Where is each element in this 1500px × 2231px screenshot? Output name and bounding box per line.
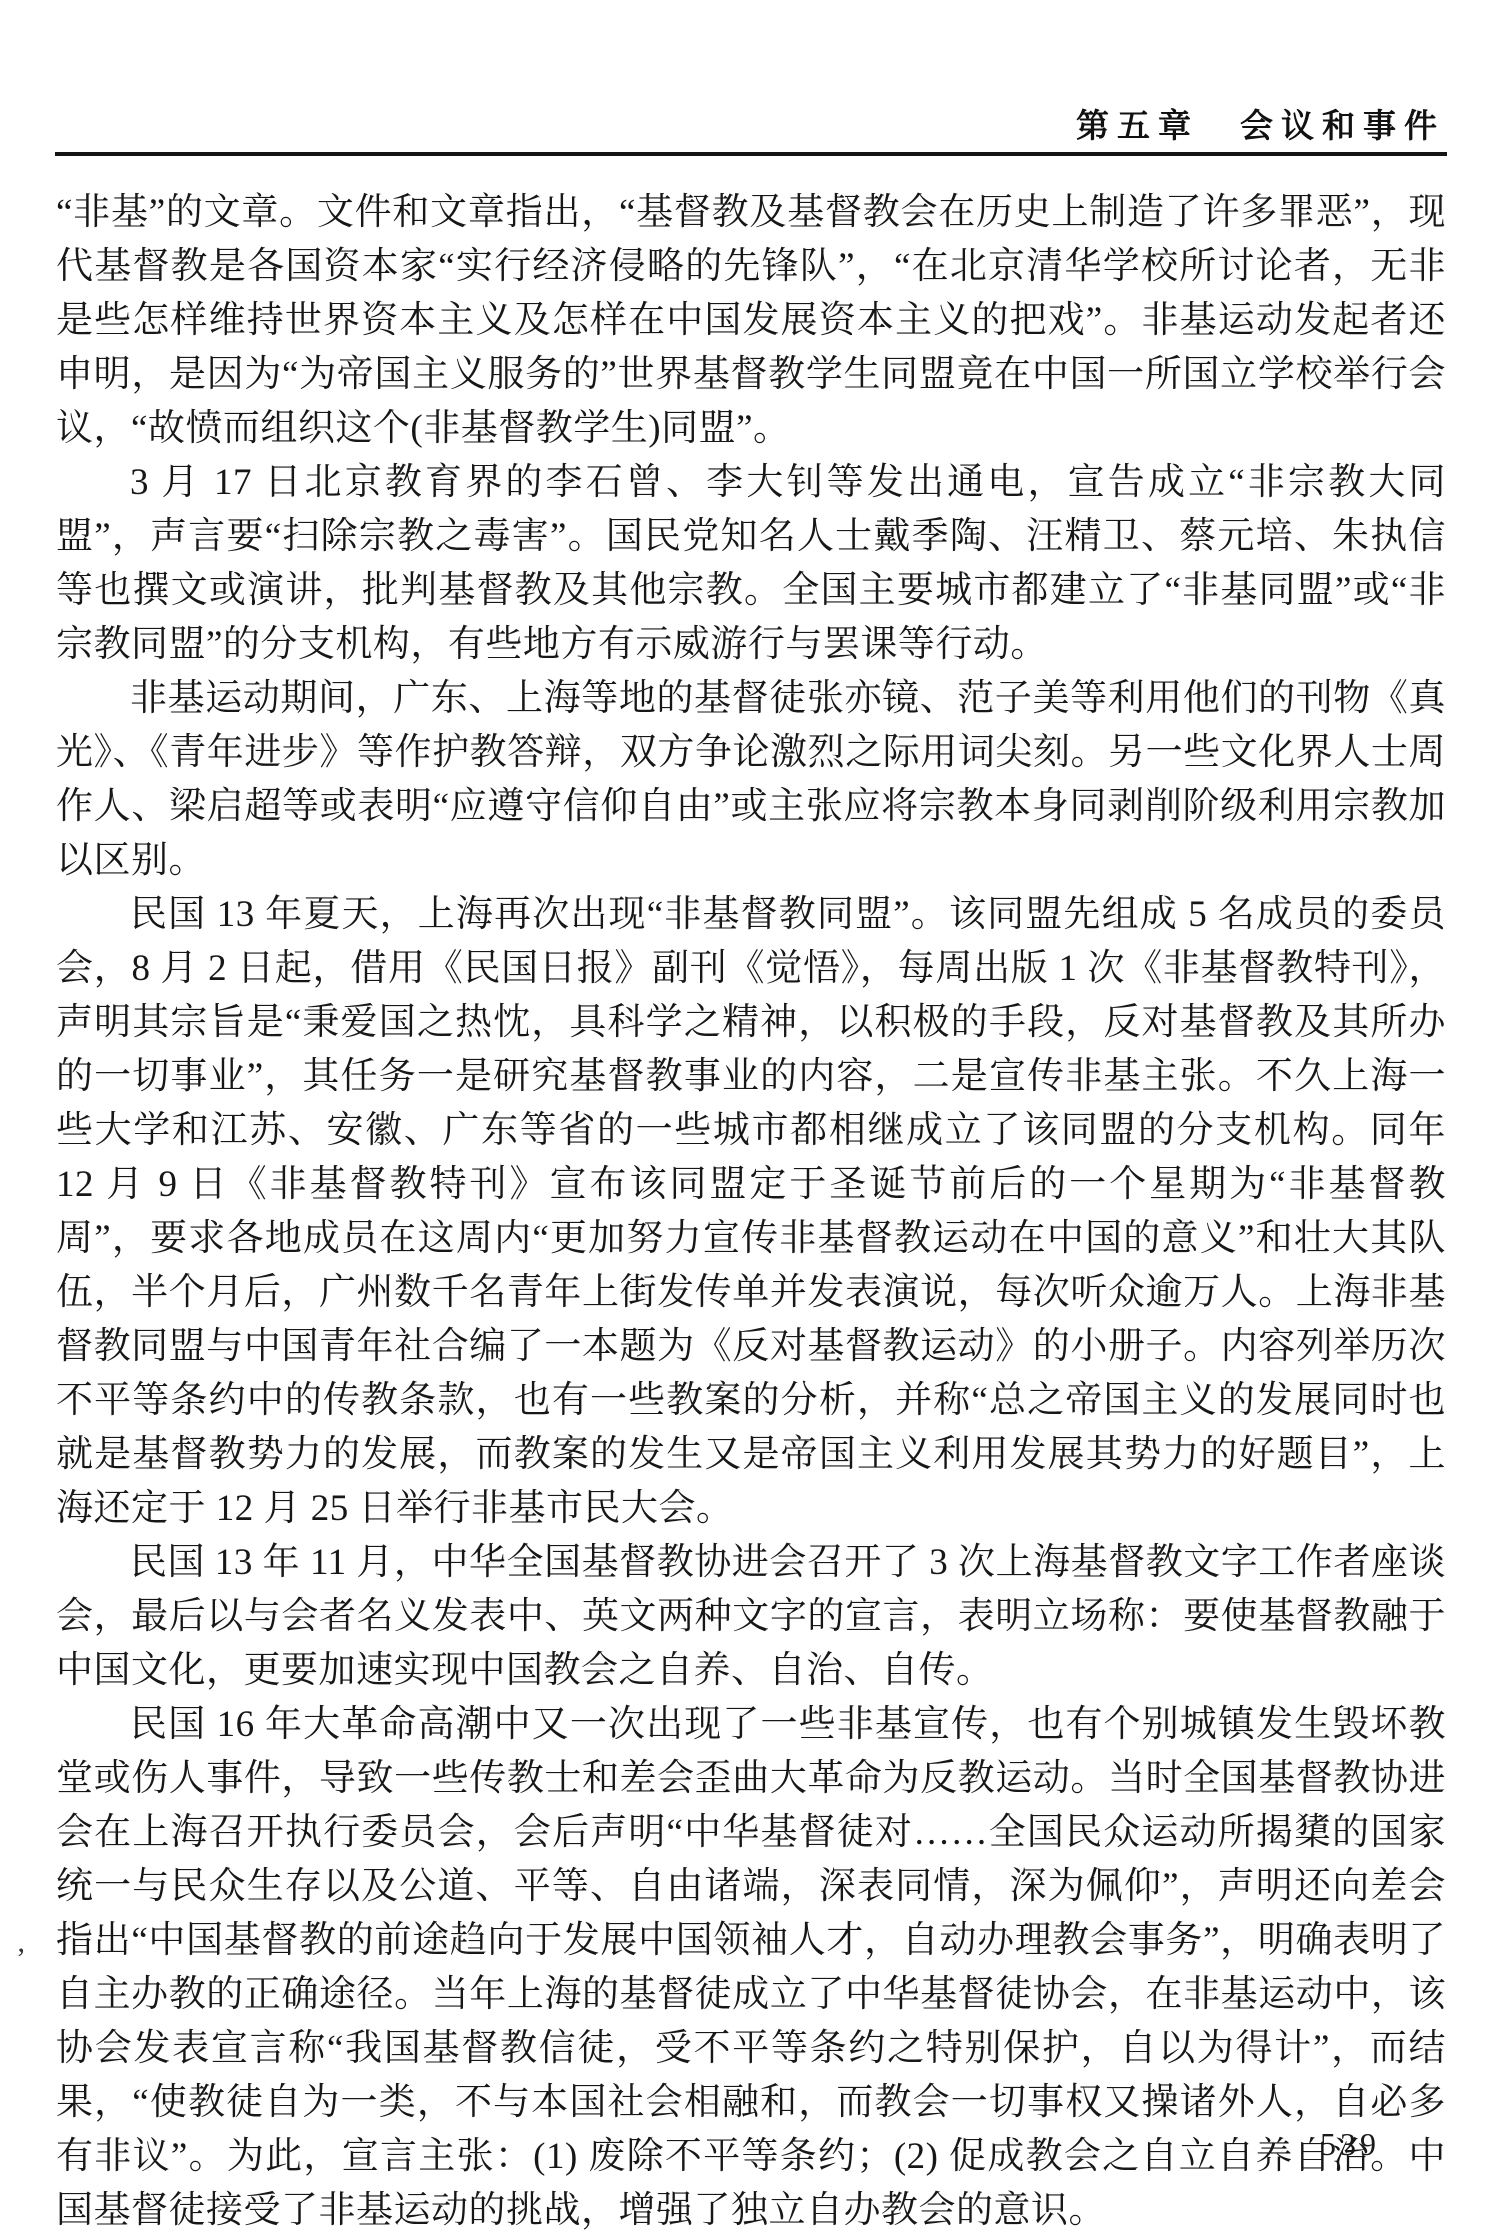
paragraph: 非基运动期间，广东、上海等地的基督徒张亦镜、范子美等利用他们的刊物《真光》、《青… [56, 672, 1446, 888]
paragraph: 3 月 17 日北京教育界的李石曾、李大钊等发出通电，宣告成立“非宗教大同盟”，… [56, 456, 1446, 672]
paragraph: 民国 13 年夏天，上海再次出现“非基督教同盟”。该同盟先组成 5 名成员的委员… [56, 888, 1446, 1536]
paragraph: 民国 16 年大革命高潮中又一次出现了一些非基宣传，也有个别城镇发生毁坏教堂或伤… [56, 1698, 1446, 2231]
scan-artifact-mark: ’ [16, 1942, 26, 1976]
header-rule [55, 152, 1447, 156]
page-number: 539 [1320, 2126, 1380, 2163]
page-body: “非基”的文章。文件和文章指出，“基督教及基督教会在历史上制造了许多罪恶”，现代… [56, 186, 1446, 2231]
chapter-header-title: 第五章 会议和事件 [57, 100, 1445, 147]
paragraph: “非基”的文章。文件和文章指出，“基督教及基督教会在历史上制造了许多罪恶”，现代… [56, 186, 1446, 456]
paragraph: 民国 13 年 11 月，中华全国基督教协进会召开了 3 次上海基督教文字工作者… [56, 1536, 1446, 1698]
book-page: 第五章 会议和事件 “非基”的文章。文件和文章指出，“基督教及基督教会在历史上制… [0, 0, 1500, 2231]
